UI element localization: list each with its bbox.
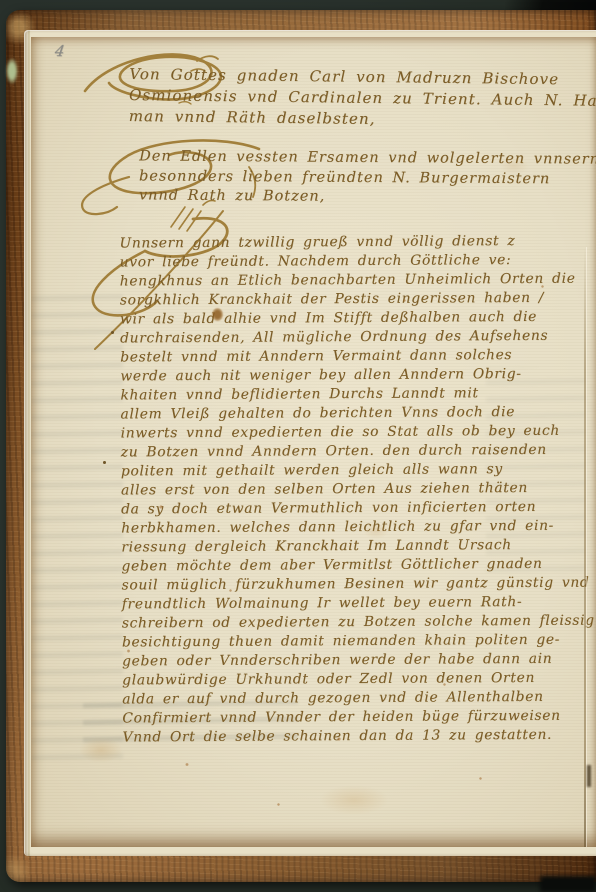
manuscript-line: herbkhamen. welches dann leichtlich zu g…	[121, 517, 594, 539]
foxing-spot	[277, 803, 280, 806]
foxing-spot	[403, 299, 406, 302]
address-paragraph: Den Edlen vessten Ersamen vnd wolgelerte…	[139, 147, 596, 209]
page-edge-mark	[587, 765, 591, 787]
body-paragraph: Unnsern gann tzwillig grueß vnnd völlig …	[119, 232, 595, 748]
margin-dot	[111, 331, 114, 334]
manuscript-line: vnnd Rath zu Botzen,	[139, 186, 596, 209]
foxing-spot	[337, 737, 341, 741]
manuscript-line: durchraisenden, All mügliche Ordnung des…	[120, 327, 593, 349]
foxing-spot	[443, 683, 446, 686]
underleaf-edge	[584, 247, 586, 847]
manuscript-line: Vnnd Ort die selbe schainen dan da 13 zu…	[122, 726, 595, 748]
foxing-spot	[185, 763, 189, 766]
foxing-spot	[127, 649, 130, 653]
manuscript-line: Den Edlen vessten Ersamen vnd wolgelerte…	[139, 147, 596, 170]
manuscript-line: zu Botzen vnnd Anndern Orten. den durch …	[121, 441, 594, 463]
foxing-spot	[541, 285, 544, 288]
backdrop-shadow-bottom-right	[540, 876, 596, 892]
foxing-spot	[479, 777, 482, 780]
foxing-spot	[159, 505, 163, 509]
margin-dot	[103, 461, 106, 464]
foxing-spot	[229, 589, 232, 592]
cover-wear-fleck	[6, 58, 18, 84]
verso-showthrough-left	[31, 285, 123, 765]
manuscript-page: 4 Von Gottes gnaden Carl von Madruzn Bis…	[31, 37, 596, 847]
folio-number: 4	[54, 42, 66, 60]
ink-blot	[212, 308, 223, 321]
manuscript-line: souil müglich fürzukhumen Besinen wir ga…	[122, 574, 595, 596]
paper-stain	[319, 785, 389, 815]
heading-paragraph: Von Gottes gnaden Carl von Madruzn Bisch…	[129, 64, 596, 133]
photograph-backdrop: 4 Von Gottes gnaden Carl von Madruzn Bis…	[0, 0, 596, 892]
